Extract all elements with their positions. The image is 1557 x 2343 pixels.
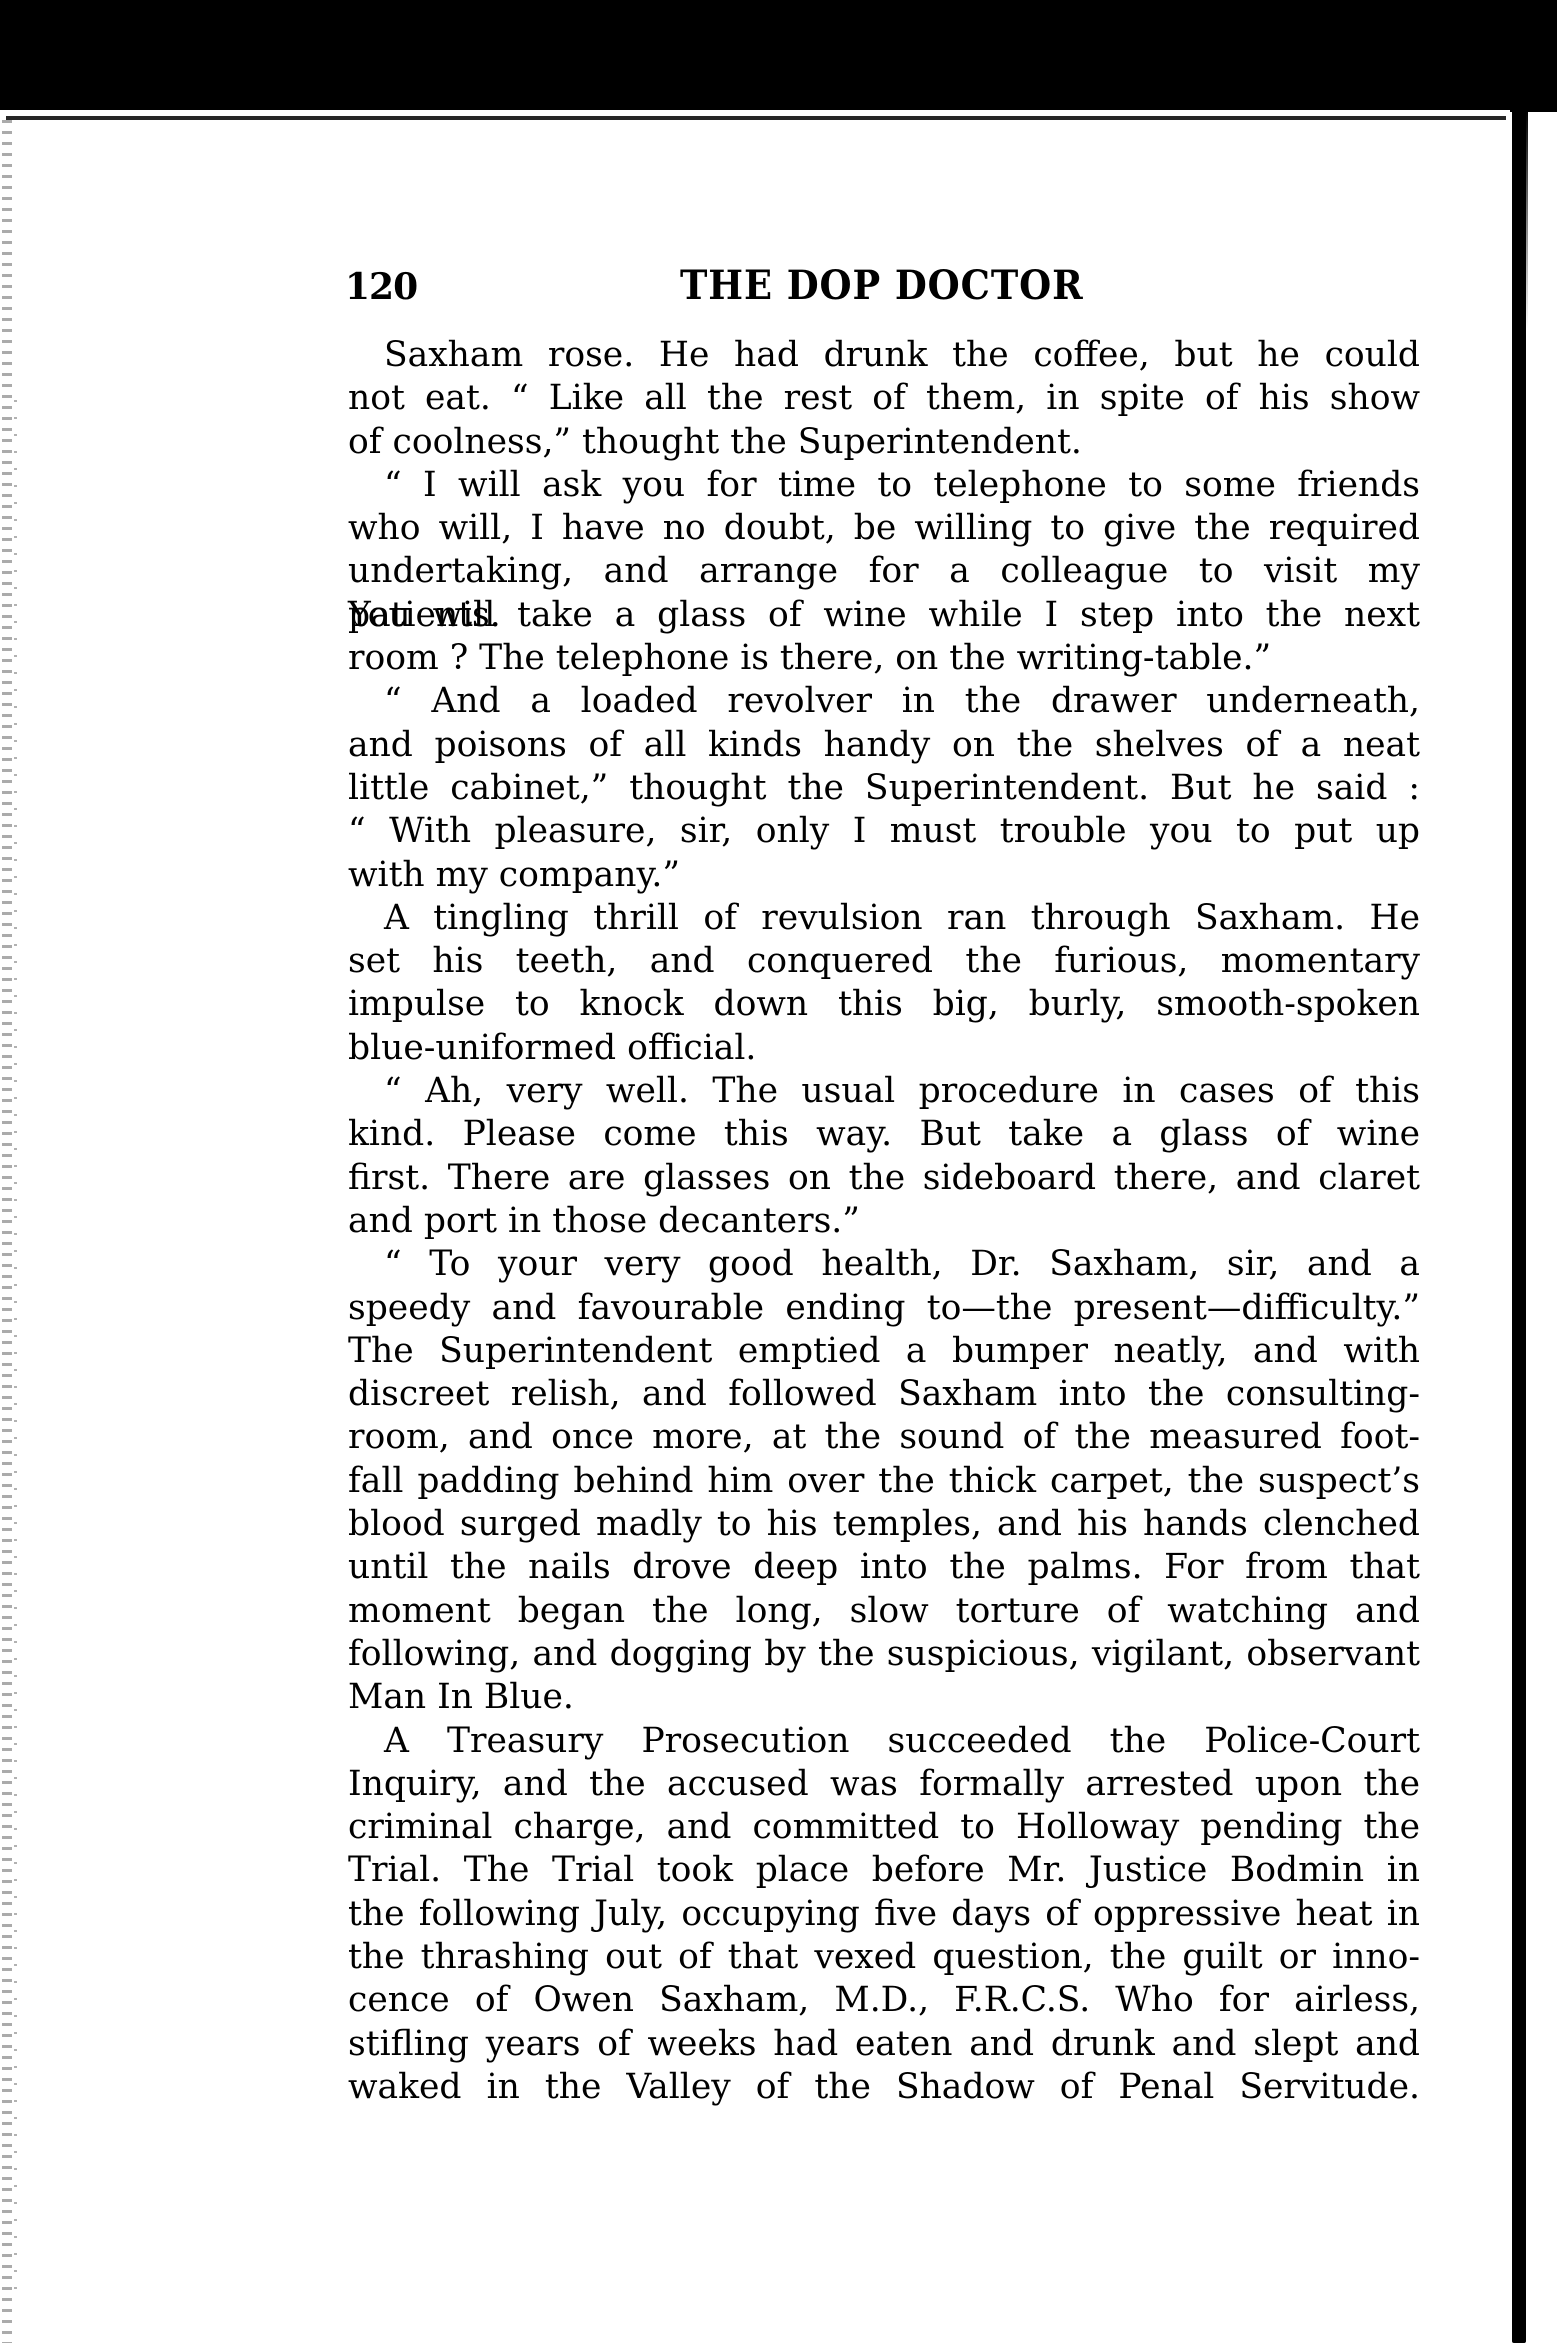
scan-margin-right — [1528, 112, 1557, 2343]
text-line: “ Ah, very well. The usual procedure in … — [348, 1070, 1420, 1113]
text-line: undertaking, and arrange for a colleague… — [348, 550, 1420, 593]
text-line: A Treasury Prosecution succeeded the Pol… — [348, 1720, 1420, 1763]
text-line: stifling years of weeks had eaten and dr… — [348, 2023, 1420, 2066]
text-line: the thrashing out of that vexed question… — [348, 1936, 1420, 1979]
text-line: “ With pleasure, sir, only I must troubl… — [348, 810, 1420, 853]
text-line: first. There are glasses on the sideboar… — [348, 1157, 1420, 1200]
text-line: Man In Blue. — [348, 1676, 1420, 1719]
text-line: and port in those decanters.” — [348, 1200, 1420, 1243]
text-line: waked in the Valley of the Shadow of Pen… — [348, 2066, 1420, 2109]
text-line: A tingling thrill of revulsion ran throu… — [348, 897, 1420, 940]
text-line: kind. Please come this way. But take a g… — [348, 1113, 1420, 1156]
text-line: little cabinet,” thought the Superintend… — [348, 767, 1420, 810]
text-line: You will take a glass of wine while I st… — [348, 594, 1420, 637]
scan-border-top — [0, 0, 1557, 112]
text-line: Trial. The Trial took place before Mr. J… — [348, 1849, 1420, 1892]
text-line: Inquiry, and the accused was formally ar… — [348, 1763, 1420, 1806]
scan-noise-left — [2, 120, 12, 2343]
scan-edge-highlight — [0, 110, 1510, 115]
text-line: set his teeth, and conquered the furious… — [348, 940, 1420, 983]
text-line: not eat. “ Like all the rest of them, in… — [348, 377, 1420, 420]
page-gutter-shadow — [1512, 110, 1526, 2343]
text-line: fall padding behind him over the thick c… — [348, 1460, 1420, 1503]
text-line: following, and dogging by the suspicious… — [348, 1633, 1420, 1676]
running-head: 120 THE DOP DOCTOR — [345, 262, 1420, 312]
text-line: room, and once more, at the sound of the… — [348, 1416, 1420, 1459]
text-line: impulse to knock down this big, burly, s… — [348, 983, 1420, 1026]
text-line: cence of Owen Saxham, M.D., F.R.C.S. Who… — [348, 1979, 1420, 2022]
text-line: The Superintendent emptied a bumper neat… — [348, 1330, 1420, 1373]
scan-noise-left-inner — [14, 400, 17, 2300]
text-line: until the nails drove deep into the palm… — [348, 1546, 1420, 1589]
text-line: “ To your very good health, Dr. Saxham, … — [348, 1243, 1420, 1286]
text-line: blue-uniformed official. — [348, 1027, 1420, 1070]
text-line: criminal charge, and committed to Hollow… — [348, 1806, 1420, 1849]
text-line: room ? The telephone is there, on the wr… — [348, 637, 1420, 680]
body-text: Saxham rose. He had drunk the coffee, bu… — [348, 334, 1420, 2109]
text-line: the following July, occupying five days … — [348, 1893, 1420, 1936]
text-line: “ And a loaded revolver in the drawer un… — [348, 680, 1420, 723]
text-line: Saxham rose. He had drunk the coffee, bu… — [348, 334, 1420, 377]
text-line: moment began the long, slow torture of w… — [348, 1590, 1420, 1633]
page-top-edge — [6, 116, 1506, 120]
text-line: discreet relish, and followed Saxham int… — [348, 1373, 1420, 1416]
text-line: who will, I have no doubt, be willing to… — [348, 507, 1420, 550]
text-line: of coolness,” thought the Superintendent… — [348, 421, 1420, 464]
text-line: blood surged madly to his temples, and h… — [348, 1503, 1420, 1546]
text-line: “ I will ask you for time to telephone t… — [348, 464, 1420, 507]
running-title: THE DOP DOCTOR — [680, 262, 1084, 309]
page-number: 120 — [345, 266, 417, 308]
text-line: with my company.” — [348, 854, 1420, 897]
text-line: and poisons of all kinds handy on the sh… — [348, 724, 1420, 767]
text-line: speedy and favourable ending to—the pres… — [348, 1287, 1420, 1330]
